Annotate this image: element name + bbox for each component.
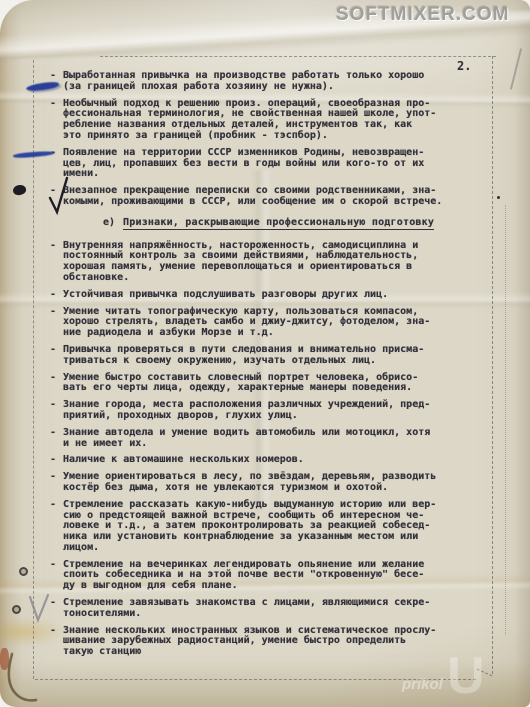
bullet-dash: - (50, 400, 63, 422)
bullet-item: - Привычка проверяться в пути следования… (50, 345, 452, 367)
bullet-dash: - (50, 71, 63, 93)
bullet-item: - Знание автодела и умение водить автомо… (50, 428, 452, 450)
bullet-item: - Умение быстро составить словесный порт… (50, 373, 452, 395)
bullet-item: - Выработанная привычка на производстве … (50, 71, 452, 93)
prikol-logo-watermark: U (447, 646, 485, 706)
bullet-dash: - (50, 148, 63, 180)
bullet-text: Выработанная привычка на производстве ра… (63, 71, 424, 93)
bullet-dash: - (50, 290, 63, 301)
bullet-item: - Внезапное прекращение переписки со сво… (50, 186, 452, 208)
bullet-text: Умение быстро составить словесный портре… (63, 373, 418, 395)
bullet-item: - Умение читать топографическую карту, п… (50, 307, 452, 339)
typewritten-text-block: - Выработанная привычка на производстве … (50, 71, 452, 664)
blue-pen-stroke-icon (13, 151, 55, 159)
bullet-text: Стремление на вечеринках легендировать о… (63, 560, 424, 592)
page-number: 2. (457, 59, 471, 73)
bullet-dash: - (50, 472, 63, 494)
bullet-dash: - (50, 373, 63, 395)
bullet-item: - Устойчивая привычка подслушивать разго… (50, 290, 452, 301)
bullet-text: Внезапное прекращение переписки со своим… (63, 186, 442, 208)
bullet-dash: - (50, 560, 63, 592)
bullet-dash: - (50, 186, 63, 208)
dashed-border-top (100, 56, 496, 57)
bullet-item: - Появление на территории СССР изменнико… (50, 148, 452, 180)
bullet-text: Стремление рассказать какую-нибудь выдум… (63, 500, 436, 554)
bullet-dash: - (50, 345, 63, 367)
bullet-dash: - (50, 455, 63, 466)
bullet-item: - Стремление завязывать знакомства с лиц… (50, 598, 452, 620)
bullet-dash: - (50, 500, 63, 554)
bullet-text: Наличие к автомашине нескольких номеров. (63, 455, 304, 466)
bullet-item: - Стремление на вечеринках легендировать… (50, 560, 452, 592)
section-letter: е) (103, 218, 115, 230)
bullet-item: - Умение ориентироваться в лесу, по звёз… (50, 472, 452, 494)
dotted-margin-line (505, 205, 506, 635)
bullet-text: Устойчивая привычка подслушивать разгово… (63, 290, 388, 301)
binding-hole (19, 567, 28, 576)
bullet-dash: - (50, 307, 63, 339)
bullet-text: Умение читать топографическую карту, пол… (63, 307, 430, 339)
section-title: Признаки, раскрывающие профессиональную … (123, 218, 434, 230)
dashed-border-left (33, 60, 34, 679)
bullet-dash: - (50, 428, 63, 450)
paper-tear (510, 48, 522, 89)
scanned-page: SOFTMIXER.COM 2. - Выработанная привычка… (0, 0, 530, 707)
bullet-text: Необычный подход к решению произ. операц… (63, 99, 436, 142)
bullet-text: Умение ориентироваться в лесу, по звёзда… (63, 472, 436, 494)
bullet-item: - Наличие к автомашине нескольких номеро… (50, 455, 452, 466)
binding-hole (12, 605, 21, 614)
prikol-watermark: prikol (402, 676, 443, 693)
bullet-item: - Стремление рассказать какую-нибудь выд… (50, 500, 452, 554)
bullet-dash: - (50, 241, 63, 284)
softmixer-watermark: SOFTMIXER.COM (336, 4, 509, 26)
bullet-text: Появление на территории СССР изменников … (63, 148, 424, 180)
ink-dot (497, 196, 500, 199)
bullet-item: - Знание города, места расположения разл… (50, 400, 452, 422)
bullet-text: Привычка проверяться в пути следования и… (63, 345, 424, 367)
paper-stain (0, 648, 9, 670)
section-heading: е) Признаки, раскрывающие профессиональн… (50, 218, 452, 230)
bullet-item: - Знание нескольких иностранных языков и… (50, 626, 452, 658)
page-curl (2, 648, 48, 706)
bullet-text: Знание города, места расположения различ… (63, 400, 430, 422)
bullet-text: Внутренняя напряжённость, настороженност… (63, 241, 418, 284)
bullet-dash: - (50, 626, 63, 658)
bullet-dash: - (50, 99, 63, 142)
bullet-text: Знание нескольких иностранных языков и с… (63, 626, 436, 658)
dashed-border-right (492, 56, 493, 674)
ink-blot-icon (12, 183, 27, 197)
bullet-text: Стремление завязывать знакомства с лицам… (63, 598, 430, 620)
bullet-dash: - (50, 598, 63, 620)
bullet-text: Знание автодела и умение водить автомоби… (63, 428, 430, 450)
bullet-item: - Необычный подход к решению произ. опер… (50, 99, 452, 142)
bullet-item: - Внутренняя напряжённость, настороженно… (50, 241, 452, 284)
